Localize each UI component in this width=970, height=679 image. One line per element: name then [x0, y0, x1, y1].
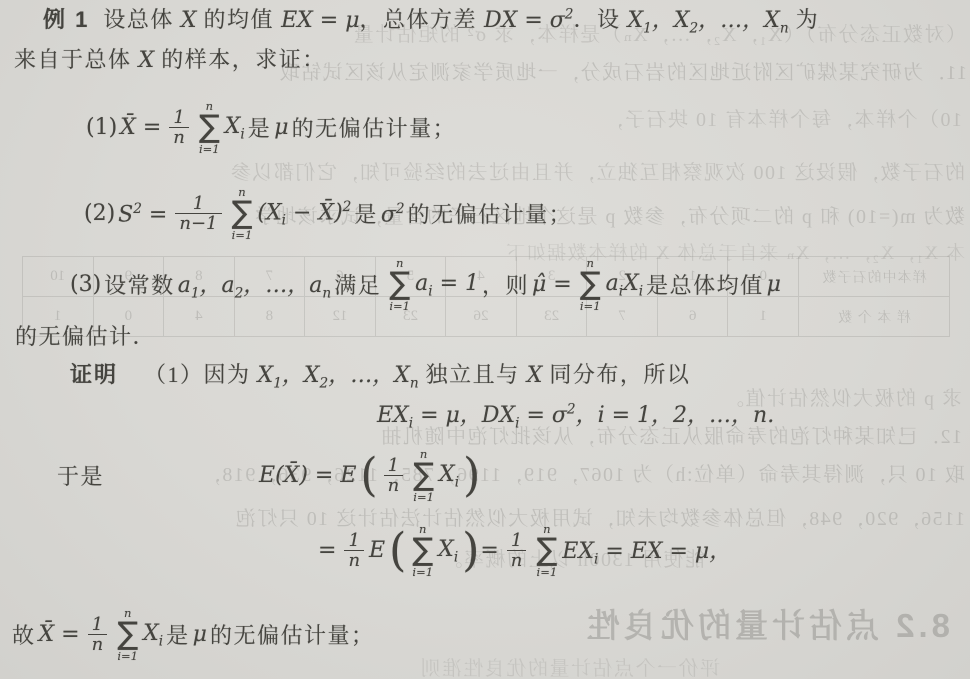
math-term: Xi — [439, 462, 459, 490]
math-var: μ — [274, 115, 288, 140]
math-sequence: a1，a2，…，an — [178, 268, 332, 301]
example-intro-line-1: 例 1设总体 X 的均值 EX = μ，总体方差 DX = σ2．设 X1，X2… — [43, 6, 819, 37]
math-sequence: X1，X2，…，Xn — [258, 363, 419, 388]
math-expr: E(X̄) = E — [259, 463, 356, 488]
math-var: X — [181, 8, 197, 33]
bleedthrough-line: 11．为研究某煤矿区附近地区的岩石成分，一地质学家测定从该区试钻取 — [295, 56, 967, 85]
math-expr: μ̂ = — [532, 272, 572, 297]
summation-symbol: n∑i=1 — [389, 257, 410, 313]
claim-1: (1) X̄ = 1n n∑i=1 Xi 是 μ 的无偏估计量； — [86, 100, 459, 156]
bleedthrough-cell: 样本中的石子数 — [799, 257, 949, 296]
summation-symbol: n∑i=1 — [413, 448, 434, 504]
fraction-1-over-n: 1n — [344, 531, 364, 572]
bleedthrough-line: 的石子数，假设这 100 次观察相互独立，并且由过去的经验可知，它们都以参 — [300, 156, 965, 185]
big-paren-left: ( — [360, 453, 377, 499]
math-expr: X̄ = — [39, 622, 80, 647]
claim-3: (3) 设常数 a1，a2，…，an 满足 n∑i=1 ai = 1 ，则 μ̂… — [70, 257, 784, 313]
summation-symbol: n∑i=1 — [580, 257, 601, 313]
item-number: (2) — [84, 201, 115, 226]
item-number: (1) — [86, 115, 117, 140]
summation-symbol: n∑i=1 — [536, 523, 557, 579]
math-var: X — [527, 363, 543, 388]
math-sequence: X1，X2，…，Xn — [627, 8, 788, 33]
fraction-1-over-n: 1n — [384, 456, 404, 497]
summation-symbol: n∑i=1 — [117, 607, 138, 663]
claim-3-continuation: 的无偏估计． — [15, 323, 156, 351]
bleedthrough-cell: 样 本 个 数 — [799, 297, 949, 336]
math-var: X — [139, 48, 155, 73]
fraction-1-over-n: 1n — [169, 108, 189, 149]
fraction-1-over-n-1: 1n−1 — [175, 194, 221, 235]
big-paren-left: ( — [389, 528, 406, 574]
math-expr: S2 = — [118, 201, 167, 227]
proof-label: 证明 — [70, 362, 118, 387]
math-var: μ — [193, 622, 207, 647]
fraction-1-over-n: 1n — [507, 531, 527, 572]
math-expr: EXi = EX = μ， — [562, 534, 731, 567]
math-term: aiXi — [606, 271, 644, 299]
big-paren-right: ) — [462, 528, 479, 574]
conclusion-line: 故 X̄ = 1n n∑i=1 Xi 是 μ 的无偏估计量； — [12, 607, 377, 663]
derivation-line-1: 于是 E(X̄) = E ( 1n n∑i=1 Xi ) — [57, 448, 481, 504]
math-expr: X̄ = — [120, 115, 161, 140]
math-term: Xi — [143, 621, 163, 649]
thus-label: 于是 — [57, 460, 104, 491]
summation-symbol: n∑i=1 — [412, 523, 433, 579]
big-paren-right: ) — [463, 453, 480, 499]
math-var: μ — [767, 272, 781, 297]
bleedthrough-line: 10）个样本，每个样本有 10 块石子， — [480, 103, 962, 132]
math-expr: DX = σ2 — [484, 8, 573, 33]
math-term: Xi — [438, 537, 458, 565]
textbook-page: （对数正态分布）（X₁，X₂，…，Xₙ）是样本，求 σ² 的矩估计量 11．为研… — [0, 0, 970, 679]
identity-equation: EXi = μ，DXi = σ2，i = 1，2，…，n. — [377, 401, 774, 432]
derivation-line-2: = 1n E ( n∑i=1 Xi ) = 1n n∑i=1 EXi = EX … — [318, 523, 734, 579]
item-number: (3) — [70, 272, 101, 297]
summation-symbol: n∑i=1 — [232, 186, 253, 242]
fraction-1-over-n: 1n — [88, 615, 108, 656]
math-expr: ai = 1 — [415, 271, 479, 299]
math-term: Xi — [225, 114, 245, 142]
bleedthrough-section-heading: 8.2 点估计量的优良性 — [505, 600, 950, 647]
math-expr: EX = μ — [281, 8, 359, 33]
summation-symbol: n∑i=1 — [199, 100, 220, 156]
proof-line: 证明（1）因为 X1，X2，…，Xn 独立且与 X 同分布，所以 — [70, 361, 690, 392]
intro-text: 设总体 — [103, 7, 181, 32]
math-var: σ2 — [381, 201, 405, 227]
math-term: (Xi − X̄)2 — [257, 199, 351, 229]
claim-2: (2) S2 = 1n−1 n∑i=1 (Xi − X̄)2 是 σ2 的无偏估… — [84, 186, 575, 242]
example-intro-line-2: 来自于总体 X 的样本，求证： — [14, 46, 326, 75]
example-label: 例 1 — [43, 7, 89, 32]
